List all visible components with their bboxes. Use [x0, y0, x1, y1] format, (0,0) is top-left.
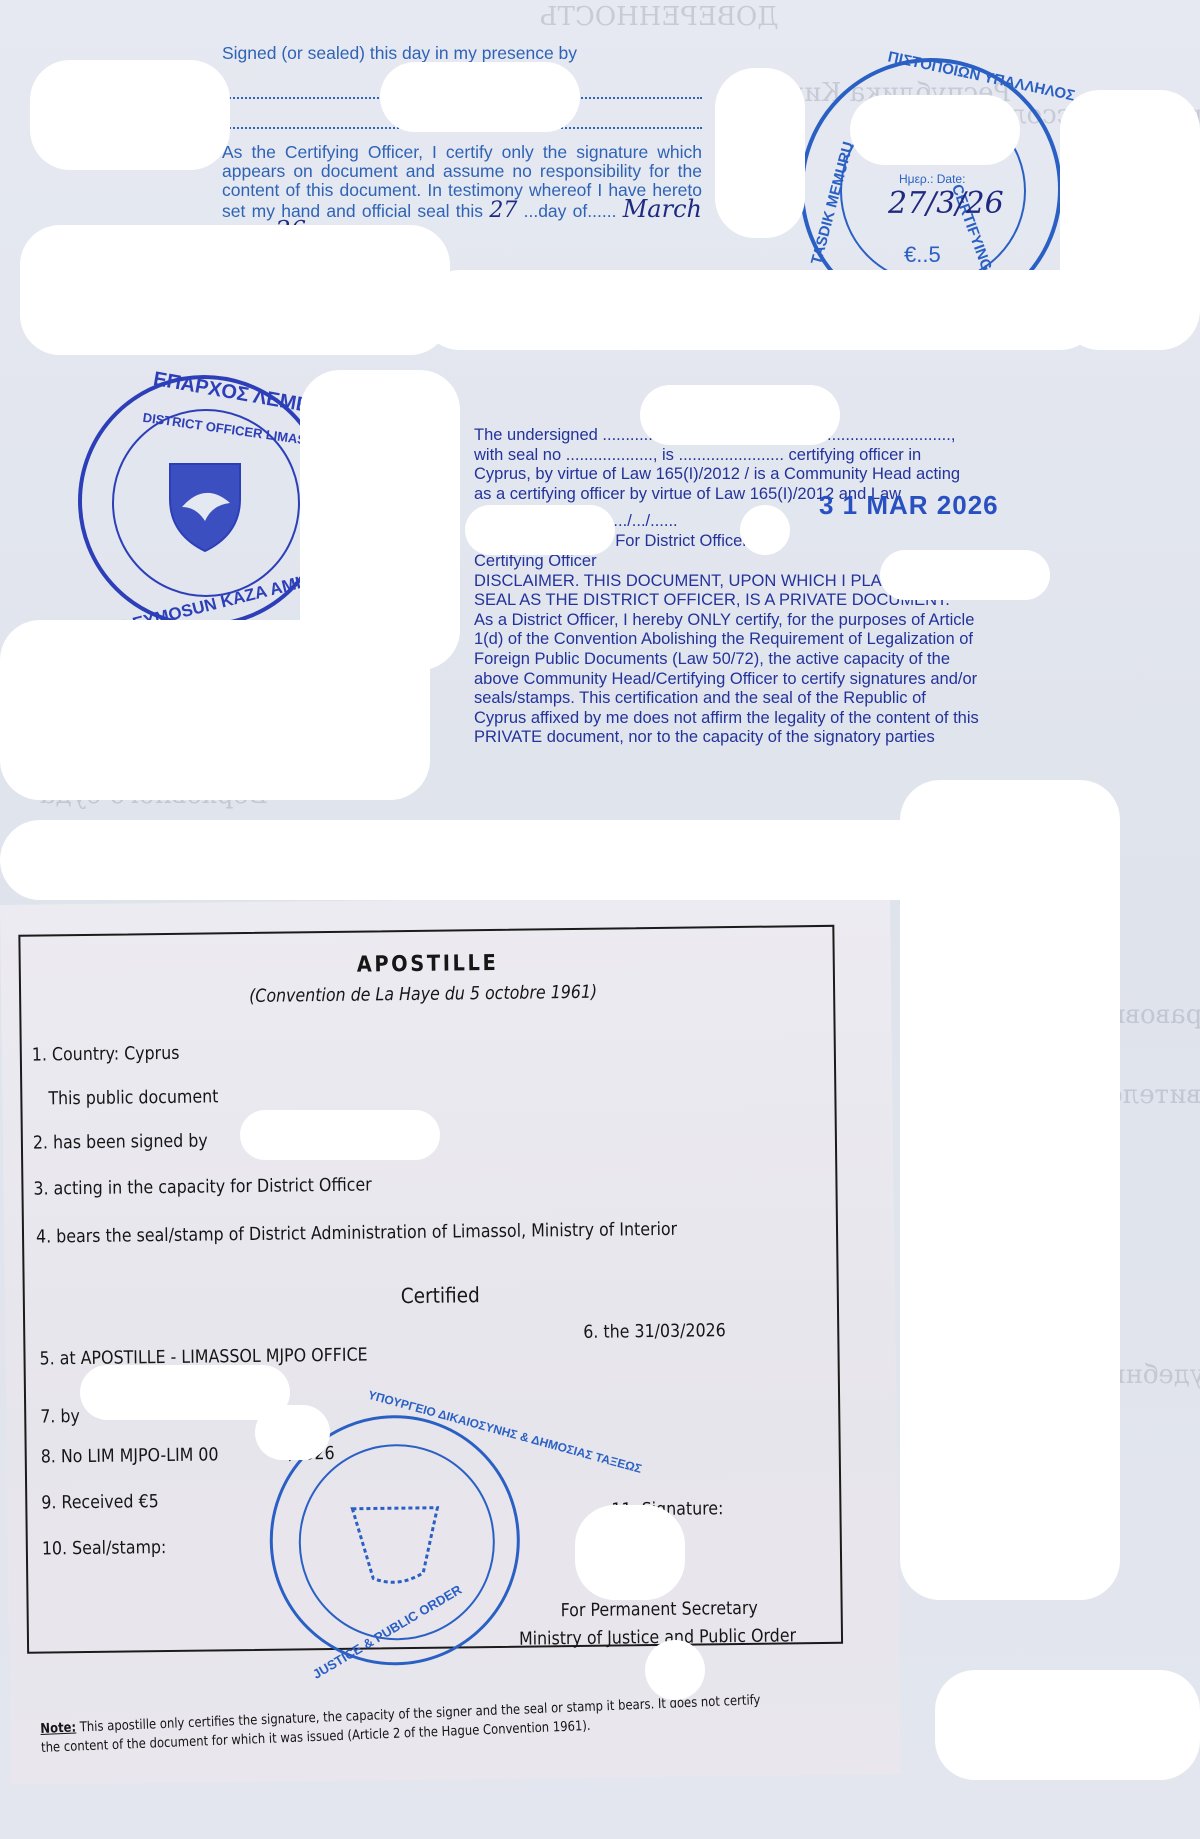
certified-heading: Certified: [401, 1283, 480, 1308]
date-label: Ημερ.: Date:: [899, 172, 965, 186]
redaction: [880, 550, 1050, 600]
apostille-sheet: APOSTILLE (Convention de La Haye du 5 oc…: [0, 894, 901, 1785]
handwritten-day: 27: [489, 198, 517, 223]
item-seal-stamp: 10. Seal/stamp:: [42, 1537, 167, 1560]
law-line-2: as a certifying officer by virtue of Law…: [474, 485, 1094, 505]
ghost-heading: ДОВЕРЕННОСТЬ: [540, 2, 778, 32]
signatory-title: For Permanent Secretary: [561, 1598, 758, 1621]
redaction: [30, 60, 230, 170]
redaction: [0, 820, 1000, 900]
handwritten-stamp-date: 27/3/26: [888, 186, 1004, 221]
disclaimer-body: As a District Officer, I hereby ONLY cer…: [474, 611, 1094, 748]
redaction: [740, 505, 790, 555]
item-by: 7. by: [40, 1406, 80, 1427]
redaction: [850, 95, 1020, 165]
redaction: [575, 1505, 685, 1600]
redaction: [935, 1670, 1200, 1780]
redaction: [900, 780, 1120, 1600]
redaction: [240, 1110, 440, 1160]
signed-in-presence-line: Signed (or sealed) this day in my presen…: [222, 44, 702, 63]
item-date: 6. the 31/03/2026: [583, 1320, 726, 1343]
redaction: [380, 62, 580, 132]
date-stamp: 3 1 MAR 2026: [819, 496, 999, 516]
redaction: [255, 1405, 330, 1460]
redaction: [420, 270, 1100, 350]
coat-of-arms-icon: [160, 459, 250, 559]
redaction: [645, 1640, 705, 1700]
apostille-title: APOSTILLE: [357, 951, 499, 978]
redaction: [465, 505, 615, 555]
district-officer-stamp: ΕΠΑΡΧΟΣ ΛΕΜΕΣΟΥ DISTRICT OFFICER LIMASSO…: [78, 375, 330, 627]
public-document-label: This public document: [48, 1086, 218, 1109]
item-signed-by: 2. has been signed by: [33, 1130, 208, 1153]
item-capacity: 3. acting in the capacity for District O…: [33, 1174, 371, 1199]
seal-no-line: with seal no ..................., is ...…: [474, 446, 1094, 466]
redaction: [640, 385, 840, 445]
item-fee: 9. Received €5: [41, 1491, 159, 1513]
redaction: [715, 68, 805, 238]
redaction: [20, 225, 450, 355]
handwritten-month: March: [623, 195, 702, 223]
fee-label: €..5: [904, 242, 941, 268]
redaction: [0, 620, 430, 800]
apostille-subtitle: (Convention de La Haye du 5 octobre 1961…: [249, 982, 597, 1007]
item-country: 1. Country: Cyprus: [32, 1043, 180, 1066]
law-line: Cyprus, by virtue of Law 165(I)/2012 / i…: [474, 465, 1094, 485]
ministry-emblem-icon: [342, 1488, 453, 1599]
item-seal-of: 4. bears the seal/stamp of District Admi…: [36, 1219, 677, 1248]
redaction: [80, 1365, 290, 1420]
